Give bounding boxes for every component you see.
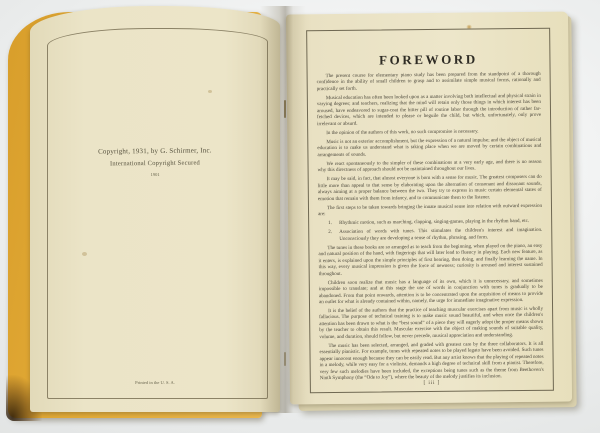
printed-notice: Printed in the U. S. A.: [30, 380, 280, 385]
left-page: Copyright, 1931, by G. Schirmer, Inc. In…: [30, 6, 280, 412]
numbered-list-item: 1. Rhythmic motion, such as marching, cl…: [318, 219, 542, 228]
foreword-paragraph: Music is not an exterior accomplishment,…: [317, 138, 541, 160]
book-photo: Copyright, 1931, by G. Schirmer, Inc. In…: [0, 0, 600, 433]
foxing-spot: [82, 252, 87, 256]
foreword-title: FOREWORD: [307, 51, 549, 70]
page-number: [ iii ]: [311, 379, 553, 388]
right-page: FOREWORD The present course for elementa…: [286, 12, 572, 405]
copyright-line-1: Copyright, 1931, by G. Schirmer, Inc.: [30, 146, 280, 157]
foreword-paragraph: The tunes in these books are so arranged…: [318, 244, 542, 279]
copyright-line-2: International Copyright Secured: [30, 159, 280, 169]
list-item-number: 1.: [328, 221, 332, 227]
numbered-list-item: 2. Association of words with tunes. This…: [318, 228, 542, 243]
foreword-body: The present course for elementary piano …: [317, 72, 544, 383]
foreword-paragraph: The music has been selected, arranged, a…: [319, 342, 543, 383]
copyright-block: Copyright, 1931, by G. Schirmer, Inc. In…: [30, 146, 280, 179]
foreword-paragraph: The first steps to be taken towards brin…: [318, 204, 542, 219]
list-item-text: Association of words with tunes. This st…: [339, 228, 542, 242]
foreword-paragraph: Musical education has often been looked …: [317, 94, 541, 129]
foreword-paragraph: It may be said, in fact, that almost eve…: [318, 175, 542, 203]
list-item-number: 2.: [328, 230, 332, 236]
left-page-border-rule: [47, 28, 268, 399]
foreword-paragraph: The present course for elementary piano …: [317, 72, 541, 94]
staple: [284, 352, 286, 366]
foxing-spot: [208, 90, 212, 93]
list-item-text: Rhythmic motion, such as marching, clapp…: [339, 219, 529, 226]
foreword-paragraph: It is the belief of the authors that the…: [319, 307, 543, 342]
staple: [284, 100, 286, 118]
foreword-paragraph: Children soon realize that music has a l…: [319, 278, 543, 306]
foreword-paragraph: We react spontaneously to the simpler of…: [318, 160, 542, 175]
right-page-border-rule: FOREWORD The present course for elementa…: [306, 28, 554, 394]
foreword-paragraph: In the opinion of the authors of this wo…: [317, 129, 541, 138]
